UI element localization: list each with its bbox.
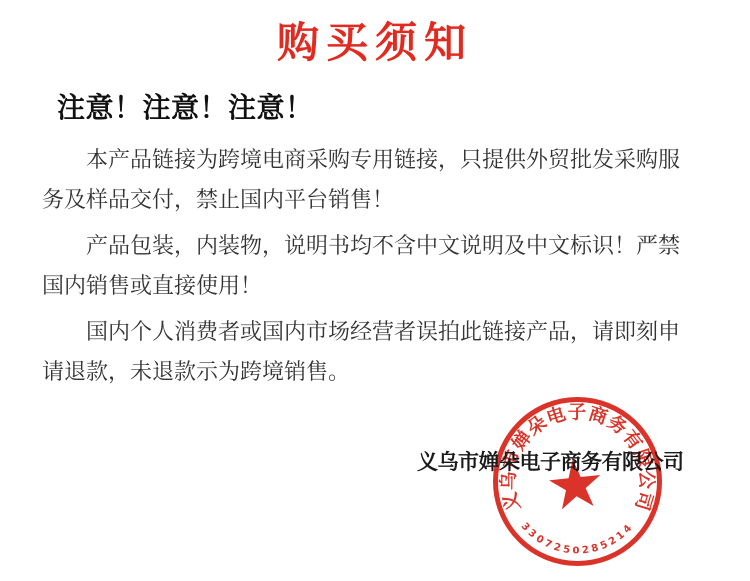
company-name-text: 义乌市婵朵电子商务有限公司: [417, 446, 684, 476]
purchase-notice-page: 购买须知 注意！注意！注意！ 本产品链接为跨境电商采购专用链接，只提供外贸批发采…: [0, 0, 750, 581]
paragraph-line: 国内个人消费者或国内市场经营者误拍此链接产品，请即刻申: [42, 312, 712, 352]
paragraph-line: 产品包装，内装物，说明书均不含中文说明及中文标识！严禁: [42, 226, 712, 266]
notice-paragraph-2: 产品包装，内装物，说明书均不含中文说明及中文标识！严禁 国内销售或直接使用！: [42, 226, 712, 306]
notice-paragraph-1: 本产品链接为跨境电商采购专用链接，只提供外贸批发采购服 务及样品交付，禁止国内平…: [42, 140, 712, 220]
warning-heading: 注意！注意！注意！: [57, 86, 314, 126]
paragraph-line: 请退款，未退款示为跨境销售。: [42, 352, 712, 392]
paragraph-line: 务及样品交付，禁止国内平台销售！: [42, 180, 712, 220]
notice-paragraph-3: 国内个人消费者或国内市场经营者误拍此链接产品，请即刻申 请退款，未退款示为跨境销…: [42, 312, 712, 392]
paragraph-line: 本产品链接为跨境电商采购专用链接，只提供外贸批发采购服: [42, 140, 712, 180]
notice-body: 本产品链接为跨境电商采购专用链接，只提供外贸批发采购服 务及样品交付，禁止国内平…: [42, 140, 712, 398]
paragraph-line: 国内销售或直接使用！: [42, 266, 712, 306]
page-title: 购买须知: [0, 10, 750, 70]
company-seal-stamp: 义乌市婵朵电子商务有限公司 3307250285214: [485, 390, 675, 580]
